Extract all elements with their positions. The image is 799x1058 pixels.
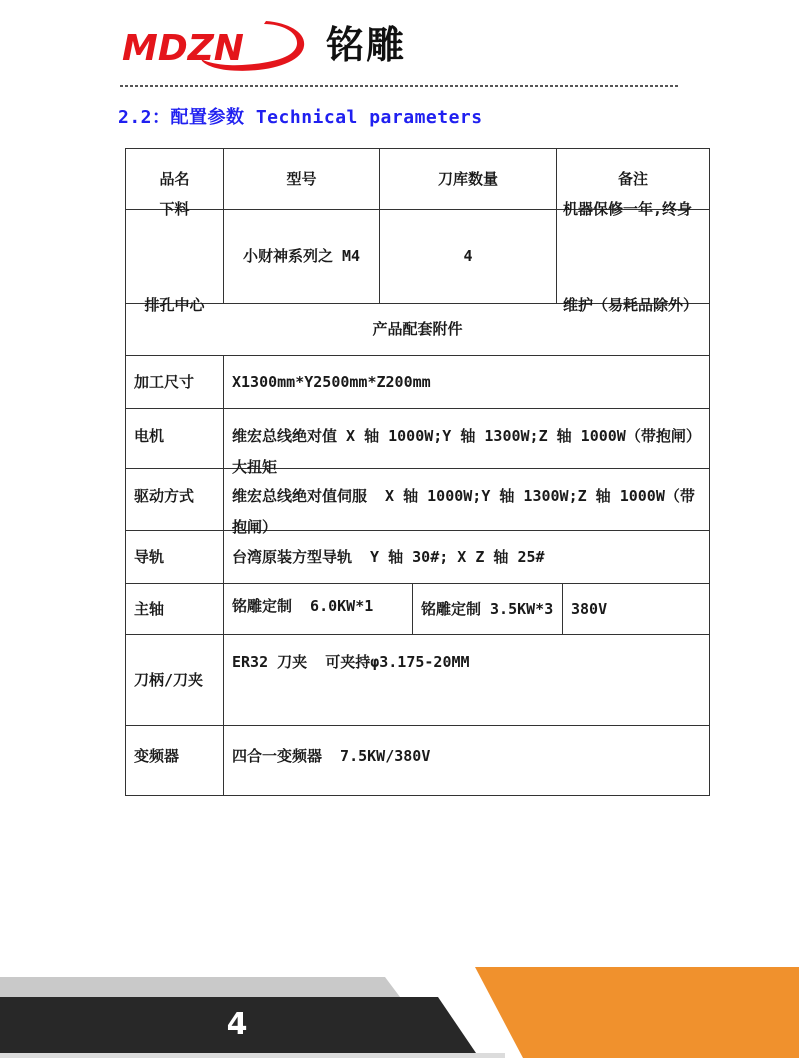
spindle-value-2: 铭雕定制 3.5KW*3 xyxy=(413,584,563,634)
spindle-value-3: 380V xyxy=(563,584,709,634)
spec-row-rail: 导轨 台湾原装方型导轨 Y 轴 30#; X Z 轴 25# xyxy=(126,531,709,584)
product-name-line1: 下料 xyxy=(134,193,215,225)
product-name-cell: 下料 排孔中心 xyxy=(126,210,224,303)
dashed-divider xyxy=(120,85,678,87)
product-remark-cell: 机器保修一年,终身 维护（易耗品除外） xyxy=(557,210,709,303)
row-label: 驱动方式 xyxy=(126,469,224,530)
row-value: 维宏总线绝对值 X 轴 1000W;Y 轴 1300W;Z 轴 1000W（带抱… xyxy=(224,409,709,468)
row-value: 四合一变频器 7.5KW/380V xyxy=(224,726,709,795)
row-value: X1300mm*Y2500mm*Z200mm xyxy=(224,356,709,408)
spec-table: 品名 型号 刀库数量 备注 下料 排孔中心 小财神系列之 M4 4 机器保修一年… xyxy=(125,148,710,796)
product-row: 下料 排孔中心 小财神系列之 M4 4 机器保修一年,终身 维护（易耗品除外） xyxy=(126,210,709,304)
product-model-cell: 小财神系列之 M4 xyxy=(224,210,380,303)
spec-row-motor: 电机 维宏总线绝对值 X 轴 1000W;Y 轴 1300W;Z 轴 1000W… xyxy=(126,409,709,469)
brand-logo: MDZN 铭雕 xyxy=(116,18,406,72)
brand-latin: MDZN xyxy=(122,28,244,69)
row-value: ER32 刀夹 可夹持φ3.175-20MM xyxy=(224,635,709,725)
document-page: MDZN 铭雕 2.2：配置参数 Technical parameters 品名… xyxy=(0,0,799,1058)
spec-row-drive: 驱动方式 维宏总线绝对值伺服 X 轴 1000W;Y 轴 1300W;Z 轴 1… xyxy=(126,469,709,531)
row-label: 加工尺寸 xyxy=(126,356,224,408)
footer-bottom-strip xyxy=(0,1053,505,1058)
section-heading: 2.2：配置参数 Technical parameters xyxy=(118,103,483,129)
section-title-cell: 产品配套附件 xyxy=(126,304,709,355)
spindle-value-1: 铭雕定制 6.0KW*1 xyxy=(224,584,413,634)
row-label: 主轴 xyxy=(126,584,224,634)
product-remark-line1: 机器保修一年,终身 xyxy=(563,193,698,225)
spec-row-size: 加工尺寸 X1300mm*Y2500mm*Z200mm xyxy=(126,356,709,409)
spec-row-spindle: 主轴 铭雕定制 6.0KW*1 铭雕定制 3.5KW*3 380V xyxy=(126,584,709,635)
header-cell-model: 型号 xyxy=(224,149,380,209)
row-label: 电机 xyxy=(126,409,224,468)
mdzn-logo-graphic: MDZN xyxy=(116,18,324,72)
spec-row-inverter: 变频器 四合一变频器 7.5KW/380V xyxy=(126,726,709,796)
spec-row-toolholder: 刀柄/刀夹 ER32 刀夹 可夹持φ3.175-20MM xyxy=(126,635,709,726)
row-value: 维宏总线绝对值伺服 X 轴 1000W;Y 轴 1300W;Z 轴 1000W（… xyxy=(224,469,709,530)
page-number: 4 xyxy=(0,997,474,1053)
product-toolqty-cell: 4 xyxy=(380,210,557,303)
row-label: 变频器 xyxy=(126,726,224,795)
header-cell-toolqty: 刀库数量 xyxy=(380,149,557,209)
row-label: 刀柄/刀夹 xyxy=(126,635,224,725)
brand-cjk: 铭雕 xyxy=(326,26,406,64)
row-value: 台湾原装方型导轨 Y 轴 30#; X Z 轴 25# xyxy=(224,531,709,583)
row-label: 导轨 xyxy=(126,531,224,583)
section-title-row: 产品配套附件 xyxy=(126,304,709,356)
